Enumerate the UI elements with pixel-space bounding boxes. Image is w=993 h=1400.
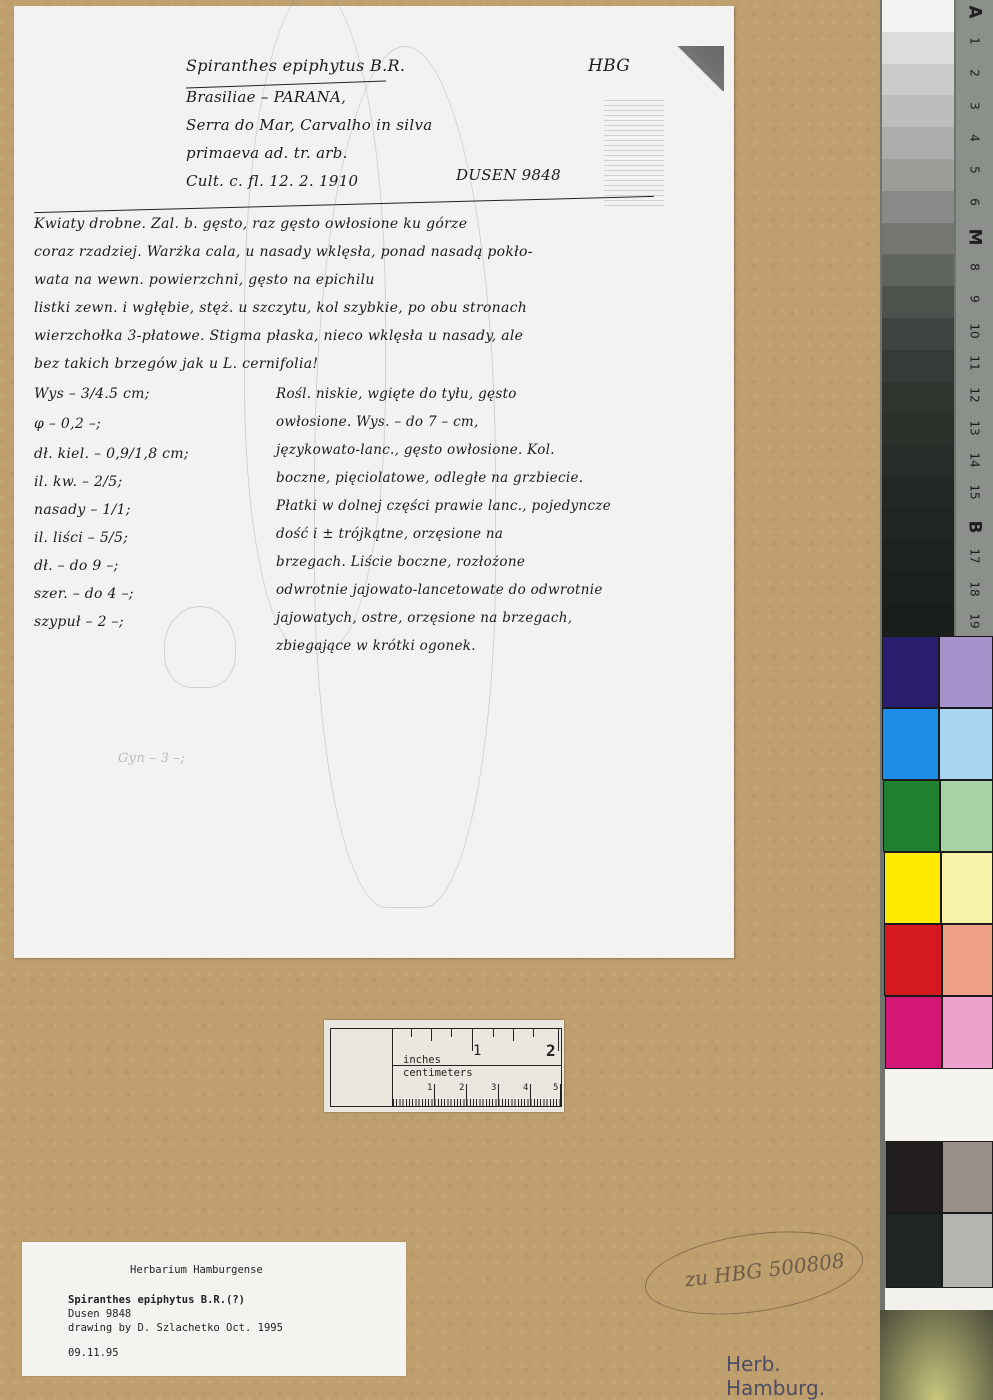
gray-step: [882, 95, 954, 127]
patch-light-green: [940, 780, 993, 852]
patch-white: [885, 1069, 993, 1141]
patch-salmon: [942, 924, 993, 996]
chart-white-margin: [885, 1288, 993, 1310]
faint-pencil-note: Gyn – 3 –;: [118, 751, 185, 766]
background-blur: [880, 1310, 993, 1400]
gray-step: [882, 127, 954, 159]
gray-scale-label: 6: [968, 184, 982, 221]
cm-mark: 5: [553, 1083, 558, 1093]
gray-scale-labels: A123456M89101112131415B171819: [956, 0, 993, 636]
scan-shadow: [674, 46, 724, 91]
gray-step: [882, 413, 954, 445]
gray-step: [882, 223, 954, 255]
gray-step: [882, 64, 954, 96]
gray-scale-label: 15: [968, 474, 982, 511]
measurement-item: Wys – 3/4.5 cm;: [34, 386, 150, 402]
ruler-tick: [493, 1029, 494, 1037]
patch-red: [884, 924, 942, 996]
scan-noise: [604, 96, 664, 206]
scale-ruler: 1 2 inches centimeters 1 2 3 4 5: [324, 1020, 564, 1112]
measurement-item: φ – 0,2 –;: [34, 416, 101, 432]
gray-scale-label: 17: [968, 538, 982, 575]
inch-mark-2: 2: [546, 1041, 556, 1060]
label-institution: Herbarium Hamburgense: [130, 1264, 263, 1276]
description-line: listki zewn. i wgłębie, stęż. u szczytu,…: [34, 300, 527, 316]
patch-cyan-blue: [882, 708, 939, 780]
measurement-item: il. liści – 5/5;: [34, 530, 128, 546]
description-line: Kwiaty drobne. Zal. b. gęsto, raz gęsto …: [34, 216, 467, 232]
patch-yellow: [884, 852, 941, 924]
gray-step: [882, 254, 954, 286]
measurement-item: szypuł – 2 –;: [34, 614, 124, 630]
patch-dark-blue: [882, 636, 939, 708]
herbarium-board: Spiranthes epiphytus B.R. HBG Brasiliae …: [0, 0, 880, 1400]
patch-warm-gray: [942, 1141, 993, 1213]
ruler-frame: 1 2 inches centimeters 1 2 3 4 5: [330, 1028, 562, 1107]
notes-line: jajowatych, ostre, orzęsione na brzegach…: [276, 610, 572, 626]
centimeters-label: centimeters: [403, 1067, 473, 1079]
locality-line-3: primaeva ad. tr. arb.: [186, 144, 348, 162]
measurement-item: nasady – 1/1;: [34, 502, 131, 518]
color-calibration-chart: A123456M89101112131415B171819: [880, 0, 993, 1400]
cm-mark: 2: [459, 1083, 464, 1093]
patch-green: [883, 780, 940, 852]
gray-step: [882, 445, 954, 477]
patch-pink: [942, 996, 993, 1069]
measurement-item: szer. – do 4 –;: [34, 586, 134, 602]
gray-step: [882, 572, 954, 604]
inch-mark-1: 1: [473, 1043, 481, 1059]
herbarium-label: Herbarium Hamburgense Spiranthes epiphyt…: [22, 1242, 406, 1376]
locality-line-1: Brasiliae – PARANA,: [186, 88, 346, 106]
cm-mark: 4: [523, 1083, 528, 1093]
ruler-blank-panel: [331, 1029, 393, 1106]
notes-line: dość i ± trójkątne, orzęsione na: [276, 526, 503, 542]
notes-line: boczne, pięciolatowe, odległe na grzbiec…: [276, 470, 583, 486]
cm-mark: 3: [491, 1083, 496, 1093]
patch-light-blue: [939, 708, 993, 780]
gray-step: [882, 159, 954, 191]
notes-line: zbiegające w krótki ogonek.: [276, 638, 476, 654]
ruler-tick: [558, 1029, 559, 1051]
patch-magenta: [885, 996, 942, 1069]
measurement-item: il. kw. – 2/5;: [34, 474, 122, 490]
measurement-item: dł. – do 9 –;: [34, 558, 119, 574]
collection-date: Cult. c. fl. 12. 2. 1910: [186, 172, 358, 190]
notes-line: odwrotnie jajowato-lancetowate do odwrot…: [276, 582, 603, 598]
pencil-sketch-outline: [164, 606, 236, 688]
gray-step: [882, 191, 954, 223]
ruler-tick: [411, 1029, 412, 1037]
notes-line: Rośl. niskie, wgięte do tyłu, gęsto: [276, 386, 517, 402]
gray-step: [882, 32, 954, 64]
gray-step: [882, 350, 954, 382]
gray-scale-strip: [882, 0, 954, 636]
patch-black: [886, 1141, 942, 1213]
notes-line: owłosione. Wys. – do 7 – cm,: [276, 414, 479, 430]
ruler-tick: [431, 1029, 432, 1041]
label-species: Spiranthes epiphytus B.R.(?): [68, 1294, 245, 1306]
notes-line: językowato-lanc., gęsto owłosione. Kol.: [276, 442, 555, 458]
gray-step: [882, 382, 954, 414]
herbarium-stamp: Herb. Hamburg.: [726, 1352, 880, 1400]
gray-scale-label: 12: [968, 377, 982, 414]
locality-line-2: Serra do Mar, Carvalho in silva: [186, 116, 432, 134]
gray-step: [882, 0, 954, 32]
herbarium-code: HBG: [588, 56, 630, 76]
gray-step: [882, 477, 954, 509]
ruler-tick: [513, 1029, 514, 1041]
patch-light-yellow: [941, 852, 993, 924]
patch-black-2: [886, 1213, 942, 1288]
gray-step: [882, 541, 954, 573]
description-line: bez takich brzegów jak u L. cernifolia!: [34, 356, 318, 372]
description-line: wata na wewn. powierzchni, gęsto na epic…: [34, 272, 375, 288]
description-line: wierzchołka 3-płatowe. Stigma płaska, ni…: [34, 328, 523, 344]
measurement-item: dł. kiel. – 0,9/1,8 cm;: [34, 446, 189, 462]
gray-step: [882, 509, 954, 541]
label-date: 09.11.95: [68, 1347, 119, 1359]
ruler-mm-ticks: [393, 1099, 561, 1106]
ruler-tick: [533, 1029, 534, 1037]
description-sheet: Spiranthes epiphytus B.R. HBG Brasiliae …: [14, 6, 734, 958]
gray-step: [882, 318, 954, 350]
label-collector-number: Dusen 9848: [68, 1308, 131, 1320]
gray-scale-label: 19: [968, 602, 982, 639]
description-line: coraz rzadziej. Warżka cala, u nasady wk…: [34, 244, 533, 260]
cm-mark: 1: [427, 1083, 432, 1093]
gray-step: [882, 604, 954, 636]
gray-scale-label: 2: [968, 55, 982, 92]
patch-lavender: [939, 636, 993, 708]
label-drawing-credit: drawing by D. Szlachetko Oct. 1995: [68, 1322, 283, 1334]
taxon-name: Spiranthes epiphytus B.R.: [186, 56, 405, 75]
patch-light-gray: [942, 1213, 993, 1288]
notes-line: Płatki w dolnej części prawie lanc., poj…: [276, 498, 611, 514]
notes-line: brzegach. Liście boczne, rozłożone: [276, 554, 525, 570]
ruler-tick: [451, 1029, 452, 1037]
inches-label: inches: [403, 1054, 441, 1066]
collector-number: DUSEN 9848: [456, 166, 561, 184]
gray-step: [882, 286, 954, 318]
